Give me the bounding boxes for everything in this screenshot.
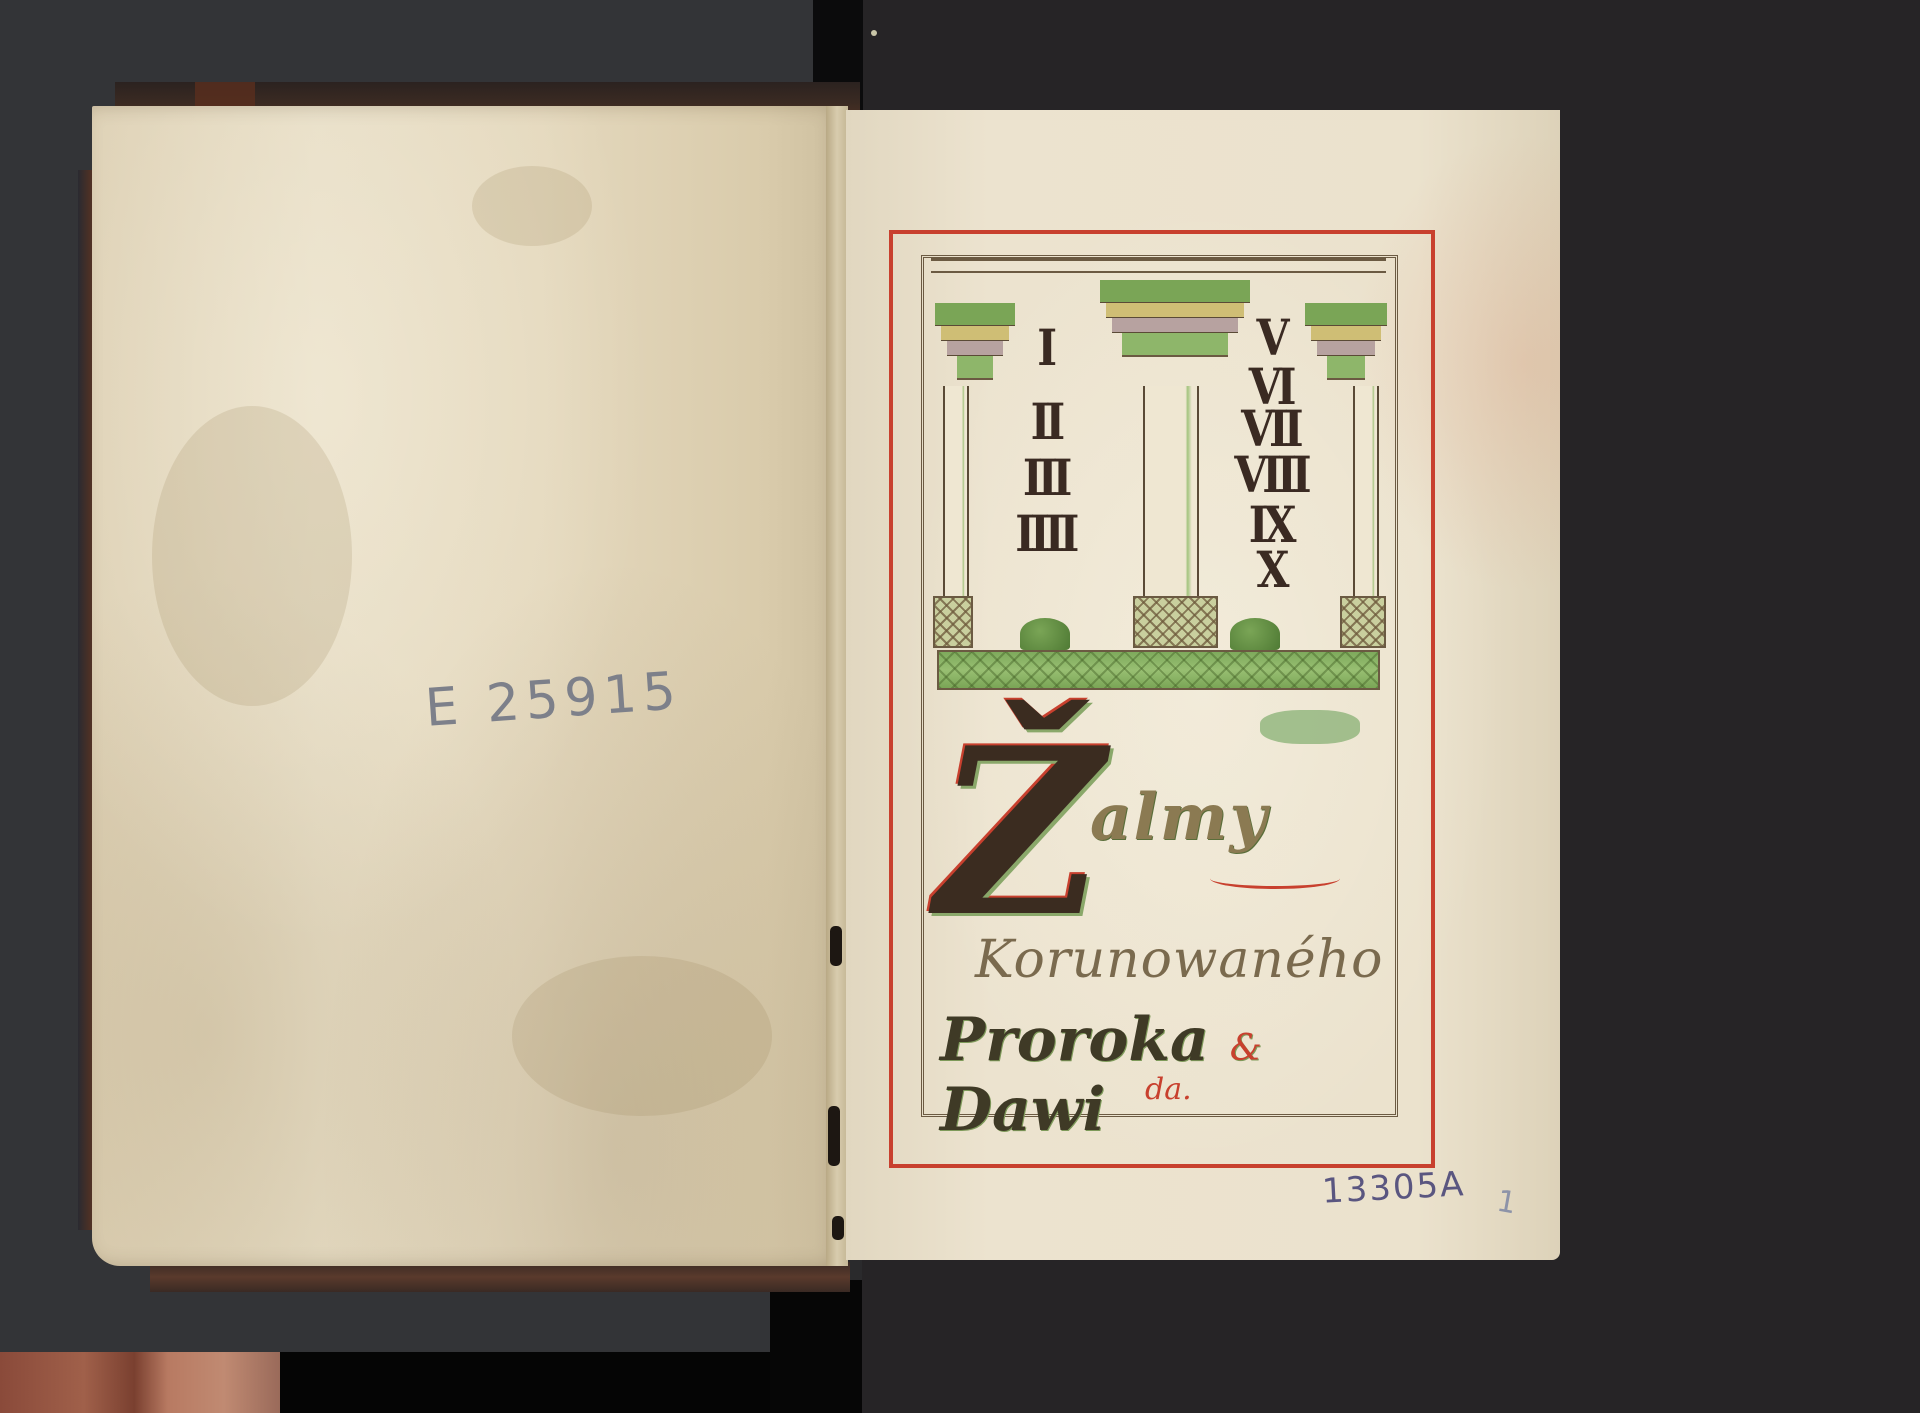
title-block: Ž almy Korunowaného Proroka & Dawi da. — [930, 700, 1400, 1100]
background-shadow — [770, 1280, 862, 1413]
ink-blot — [830, 926, 842, 966]
plinth-right — [1340, 596, 1386, 648]
plinth-center — [1133, 596, 1218, 648]
column-left — [943, 386, 969, 601]
column-right — [1353, 386, 1379, 601]
commandment-numeral: X — [1256, 550, 1284, 590]
plinth-left — [933, 596, 973, 648]
commandment-numeral: IIII — [1015, 506, 1074, 562]
hand-holding-book — [0, 1352, 280, 1413]
commandment-numeral: VIII — [1234, 450, 1306, 500]
catalog-number: 13305A — [1321, 1164, 1466, 1211]
red-ampersand: & — [1230, 1028, 1262, 1069]
title-word-proroka: Proroka — [940, 1005, 1209, 1075]
ground-band — [937, 650, 1380, 690]
green-paint-smudge — [1260, 710, 1360, 744]
title-word-dawi: Dawi — [940, 1075, 1105, 1145]
title-line-crowned: Korunowaného — [975, 930, 1383, 990]
dust-speck — [871, 30, 877, 36]
commandment-numeral: VII — [1241, 408, 1298, 450]
arcade-illustration: I II III IIII V VI VII VIII IX X — [925, 258, 1395, 688]
title-word-da: da. — [1145, 1072, 1192, 1107]
commandment-numeral: II — [1030, 394, 1060, 450]
background-shadow — [280, 1352, 780, 1413]
commandment-numeral: III — [1023, 450, 1067, 506]
numerals-right-arch: V VI VII VIII IX X — [1215, 310, 1325, 590]
stain — [152, 406, 352, 706]
ink-blot — [832, 1216, 844, 1240]
illuminated-initial: Ž — [936, 718, 1104, 948]
stain — [512, 956, 772, 1116]
book-gutter — [826, 106, 848, 1266]
arcade-cornice — [931, 258, 1386, 273]
stain — [472, 166, 592, 246]
column-center — [1143, 386, 1199, 601]
commandment-numeral: I — [1038, 320, 1053, 376]
binding-bottom-edge — [150, 1262, 850, 1292]
ink-blot — [828, 1106, 840, 1166]
numerals-left-arch: I II III IIII — [990, 320, 1100, 562]
red-flourish — [1210, 868, 1340, 889]
title-word-psalms: almy — [1090, 780, 1269, 855]
shrub-left — [1020, 618, 1070, 650]
shrub-right — [1230, 618, 1280, 650]
